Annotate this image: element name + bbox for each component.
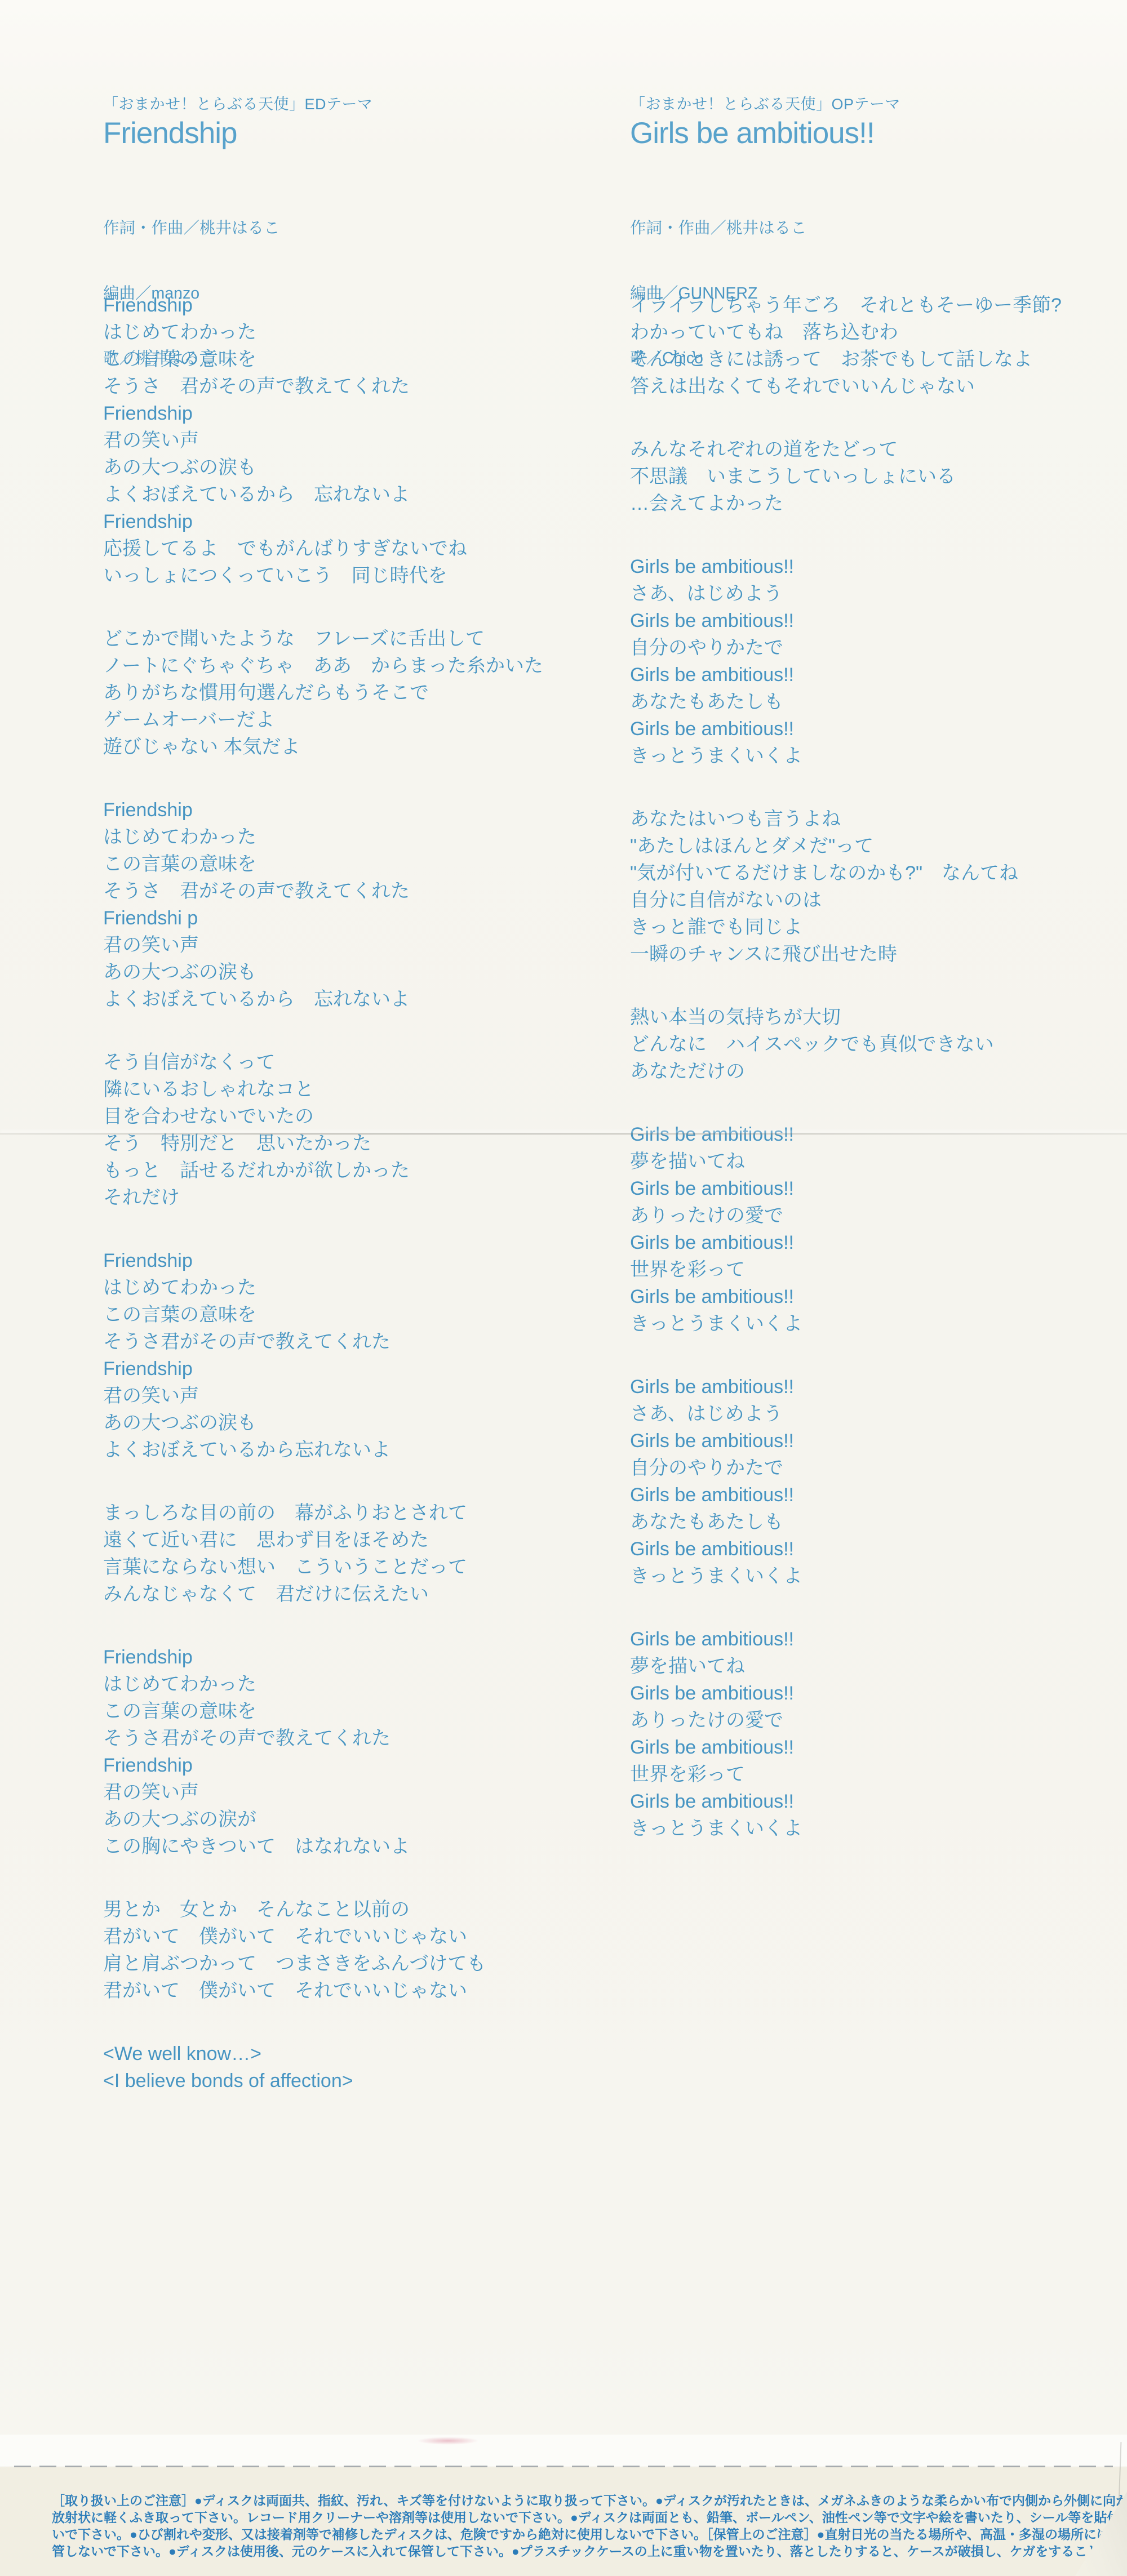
lyric-line: Girls be ambitious!! <box>630 553 1062 580</box>
right-song-lyrics: イライラしちゃう年ごろ それともそーゆー季節?わかっていてもね 落ち込むわそんな… <box>630 292 1062 1878</box>
stanza: Girls be ambitious!!夢を描いてねGirls be ambit… <box>630 1626 1062 1842</box>
lyric-line: 世界を彩って <box>630 1761 1062 1788</box>
lyric-sheet-scan: 「おまかせ！とらぶる天使」EDテーマ Friendship 作詞・作曲／桃井はる… <box>0 0 1127 2576</box>
lyric-line: どこかで聞いたような フレーズに舌出して <box>103 625 543 652</box>
lyric-line: Girls be ambitious!! <box>630 1680 1062 1707</box>
lyric-line: そうさ君がその声で教えてくれた <box>103 1328 543 1355</box>
lyric-line: そんなときには誘って お茶でもして話しなよ <box>630 346 1062 373</box>
lyric-line: もっと 話せるだれかが欲しかった <box>103 1157 543 1184</box>
lyric-line: <I believe bonds of affection> <box>103 2067 543 2094</box>
lyric-line: 君の笑い声 <box>103 1779 543 1806</box>
lyric-line: そうさ君がその声で教えてくれた <box>103 1725 543 1752</box>
lyric-line: ありったけの愛で <box>630 1707 1062 1734</box>
lyric-line: …会えてよかった <box>630 490 1062 517</box>
lyric-line: ありがちな慣用句選んだらもうそこで <box>103 679 543 706</box>
lyric-line: Girls be ambitious!! <box>630 1175 1062 1202</box>
lyric-line: 目を合わせないでいたの <box>103 1103 543 1130</box>
lyric-line: イライラしちゃう年ごろ それともそーゆー季節? <box>630 292 1062 319</box>
lyric-line: Friendship <box>103 1752 543 1779</box>
lyric-line: Girls be ambitious!! <box>630 1734 1062 1761</box>
lyric-line: あの大つぶの涙も <box>103 454 543 481</box>
footer-edge-band <box>0 2435 1127 2466</box>
lyric-line: わかっていてもね 落ち込むわ <box>630 319 1062 346</box>
left-song-tagline: 「おまかせ！とらぶる天使」EDテーマ <box>103 92 373 114</box>
lyric-line: はじめてわかった <box>103 1671 543 1698</box>
lyric-line: さあ、はじめよう <box>630 1400 1062 1427</box>
lyric-line: あの大つぶの涙も <box>103 959 543 986</box>
lyric-line: 夢を描いてね <box>630 1148 1062 1175</box>
lyric-line: Girls be ambitious!! <box>630 1373 1062 1400</box>
credit-line: 作詞・作曲／桃井はるこ <box>103 217 373 239</box>
lyric-line: <We well know…> <box>103 2040 543 2067</box>
lyric-line: Friendship <box>103 400 543 427</box>
lyric-line: 君の笑い声 <box>103 1382 543 1409</box>
lyric-line: 君がいて 僕がいて それでいいじゃない <box>103 1977 543 2004</box>
lyric-line: きっとうまくいくよ <box>630 1563 1062 1590</box>
lyric-line: ノートにぐちゃぐちゃ ああ からまった糸かいた <box>103 652 543 679</box>
lyric-line: Friendship <box>103 1644 543 1671</box>
lyric-line: 遊びじゃない 本気だよ <box>103 733 543 760</box>
lyric-line: 君がいて 僕がいて それでいいじゃない <box>103 1923 543 1950</box>
left-song-lyrics: Friendshipはじめてわかったこの言葉の意味をそうさ 君がその声で教えてく… <box>103 292 543 2130</box>
stanza: みんなそれぞれの道をたどって不思議 いまこうしていっしょにいる…会えてよかった <box>630 436 1062 517</box>
lyric-line: Girls be ambitious!! <box>630 1626 1062 1653</box>
lyric-line: それだけ <box>103 1184 543 1211</box>
lyric-line: 一瞬のチャンスに飛び出せた時 <box>630 941 1062 968</box>
lyric-line: あの大つぶの涙が <box>103 1806 543 1833</box>
lyric-line: まっしろな目の前の 幕がふりおとされて <box>103 1500 543 1527</box>
lyric-line: Friendship <box>103 797 543 824</box>
notice-line: いで下さい。●ひび割れや変形、又は接着剤等で補修したディスクは、危険ですから絶対… <box>52 2526 1111 2543</box>
stanza: まっしろな目の前の 幕がふりおとされて遠くて近い君に 思わず目をほそめた言葉にな… <box>103 1500 543 1608</box>
right-song-title: Girls be ambitious!! <box>630 116 900 150</box>
lyric-line: 遠くて近い君に 思わず目をほそめた <box>103 1527 543 1554</box>
lyric-line: "あたしはほんとダメだ"って <box>630 833 1062 860</box>
lyric-line: この胸にやきついて はなれないよ <box>103 1833 543 1860</box>
lyric-line: あなたもあたしも <box>630 1509 1062 1536</box>
lyric-line: はじめてわかった <box>103 319 543 346</box>
lyric-line: きっとうまくいくよ <box>630 1815 1062 1842</box>
stanza: Girls be ambitious!!夢を描いてねGirls be ambit… <box>630 1121 1062 1337</box>
stanza: Friendshipはじめてわかったこの言葉の意味をそうさ君がその声で教えてくれ… <box>103 1644 543 1860</box>
lyric-line: 自分のやりかたで <box>630 634 1062 661</box>
stanza: 熱い本当の気持ちが大切どんなに ハイスペックでも真似できないあなただけの <box>630 1004 1062 1085</box>
lyric-line: どんなに ハイスペックでも真似できない <box>630 1031 1062 1058</box>
lyric-line: Friendship <box>103 1247 543 1274</box>
lyric-line: Girls be ambitious!! <box>630 1283 1062 1310</box>
stanza: Girls be ambitious!!さあ、はじめようGirls be amb… <box>630 553 1062 769</box>
lyric-line: よくおぼえているから 忘れないよ <box>103 986 543 1013</box>
stanza: Girls be ambitious!!さあ、はじめようGirls be amb… <box>630 1373 1062 1590</box>
lyric-line: Friendship <box>103 292 543 319</box>
lyric-line: Girls be ambitious!! <box>630 1229 1062 1256</box>
stanza: Friendshipはじめてわかったこの言葉の意味をそうさ 君がその声で教えてく… <box>103 797 543 1013</box>
lyric-line: ゲームオーバーだよ <box>103 706 543 733</box>
lyric-line: 自分に自信がないのは <box>630 887 1062 914</box>
lyric-line: みんなそれぞれの道をたどって <box>630 436 1062 463</box>
lyric-line: この言葉の意味を <box>103 851 543 878</box>
lyric-line: この言葉の意味を <box>103 346 543 373</box>
lyric-line: "気が付いてるだけましなのかも?" なんてね <box>630 860 1062 887</box>
lyric-line: 夢を描いてね <box>630 1653 1062 1680</box>
lyric-line: Girls be ambitious!! <box>630 1481 1062 1509</box>
stanza: そう自信がなくって隣にいるおしゃれなコと目を合わせないでいたのそう 特別だと 思… <box>103 1049 543 1211</box>
lyric-line: よくおぼえているから 忘れないよ <box>103 481 543 508</box>
lyric-line: Friendship <box>103 508 543 535</box>
lyric-line: ありったけの愛で <box>630 1202 1062 1229</box>
lyric-line: 自分のやりかたで <box>630 1454 1062 1481</box>
lyric-line: 言葉にならない想い こういうことだって <box>103 1554 543 1581</box>
lyric-line: はじめてわかった <box>103 824 543 851</box>
stanza: Friendshipはじめてわかったこの言葉の意味をそうさ君がその声で教えてくれ… <box>103 1247 543 1463</box>
lyric-line: この言葉の意味を <box>103 1301 543 1328</box>
lyric-line: 君の笑い声 <box>103 932 543 959</box>
lyric-line: Friendshi p <box>103 905 543 932</box>
lyric-line: Girls be ambitious!! <box>630 1121 1062 1148</box>
lyric-line: そうさ 君がその声で教えてくれた <box>103 878 543 905</box>
lyric-line: Girls be ambitious!! <box>630 1536 1062 1563</box>
lyric-line: あなたもあたしも <box>630 688 1062 715</box>
lyric-line: さあ、はじめよう <box>630 580 1062 607</box>
handling-notice: ［取り扱い上のご注意］●ディスクは両面共、指紋、汚れ、キズ等を付けないように取り… <box>52 2492 1111 2560</box>
lyric-line: あなただけの <box>630 1058 1062 1085</box>
lyric-line: 隣にいるおしゃれなコと <box>103 1076 543 1103</box>
lyric-line: 男とか 女とか そんなこと以前の <box>103 1896 543 1923</box>
lyric-line: この言葉の意味を <box>103 1698 543 1725</box>
notice-line: 管しないで下さい。●ディスクは使用後、元のケースに入れて保管して下さい。●プラス… <box>52 2543 1111 2560</box>
lyric-line: そうさ 君がその声で教えてくれた <box>103 373 543 400</box>
paper-crease-line <box>0 1133 1127 1134</box>
lyric-line: きっと誰でも同じよ <box>630 914 1062 941</box>
lyric-line: 君の笑い声 <box>103 427 543 454</box>
lyric-line: Girls be ambitious!! <box>630 661 1062 688</box>
lyric-line: そう自信がなくって <box>103 1049 543 1076</box>
lyric-line: Girls be ambitious!! <box>630 1788 1062 1815</box>
lyric-line: いっしょにつくっていこう 同じ時代を <box>103 562 543 589</box>
stanza: 男とか 女とか そんなこと以前の君がいて 僕がいて それでいいじゃない肩と肩ぶつ… <box>103 1896 543 2004</box>
lyric-line: はじめてわかった <box>103 1274 543 1301</box>
stanza: <We well know…><I believe bonds of affec… <box>103 2040 543 2094</box>
lyric-line: みんなじゃなくて 君だけに伝えたい <box>103 1581 543 1608</box>
stanza: イライラしちゃう年ごろ それともそーゆー季節?わかっていてもね 落ち込むわそんな… <box>630 292 1062 400</box>
lyric-line: きっとうまくいくよ <box>630 1310 1062 1337</box>
lyric-line: 不思議 いまこうしていっしょにいる <box>630 463 1062 490</box>
lyric-line: Friendship <box>103 1355 543 1382</box>
lyric-line: あの大つぶの涙も <box>103 1409 543 1436</box>
right-song-tagline: 「おまかせ！とらぶる天使」OPテーマ <box>630 92 900 114</box>
lyric-line: 答えは出なくてもそれでいいんじゃない <box>630 373 1062 400</box>
lyric-line: 応援してるよ でもがんばりすぎないでね <box>103 535 543 562</box>
stanza: どこかで聞いたような フレーズに舌出してノートにぐちゃぐちゃ ああ からまった糸… <box>103 625 543 760</box>
notice-line: ［取り扱い上のご注意］●ディスクは両面共、指紋、汚れ、キズ等を付けないように取り… <box>52 2492 1111 2509</box>
lyric-line: あなたはいつも言うよね <box>630 806 1062 833</box>
notice-line: 放射状に軽くふき取って下さい。レコード用クリーナーや溶剤等は使用しないで下さい。… <box>52 2509 1111 2526</box>
left-song-title: Friendship <box>103 116 373 150</box>
lyric-line: 肩と肩ぶつかって つまさきをふんづけても <box>103 1950 543 1977</box>
paper-smudge <box>417 2437 479 2445</box>
lyric-line: よくおぼえているから忘れないよ <box>103 1436 543 1463</box>
lyric-line: Girls be ambitious!! <box>630 715 1062 742</box>
credit-line: 作詞・作曲／桃井はるこ <box>630 217 900 239</box>
lyric-line: きっとうまくいくよ <box>630 742 1062 769</box>
lyric-line: 世界を彩って <box>630 1256 1062 1283</box>
lyric-line: 熱い本当の気持ちが大切 <box>630 1004 1062 1031</box>
stanza: あなたはいつも言うよね"あたしはほんとダメだ"って"気が付いてるだけましなのかも… <box>630 806 1062 968</box>
lyric-line: Girls be ambitious!! <box>630 607 1062 634</box>
lyric-line: Girls be ambitious!! <box>630 1427 1062 1454</box>
stanza: Friendshipはじめてわかったこの言葉の意味をそうさ 君がその声で教えてく… <box>103 292 543 589</box>
